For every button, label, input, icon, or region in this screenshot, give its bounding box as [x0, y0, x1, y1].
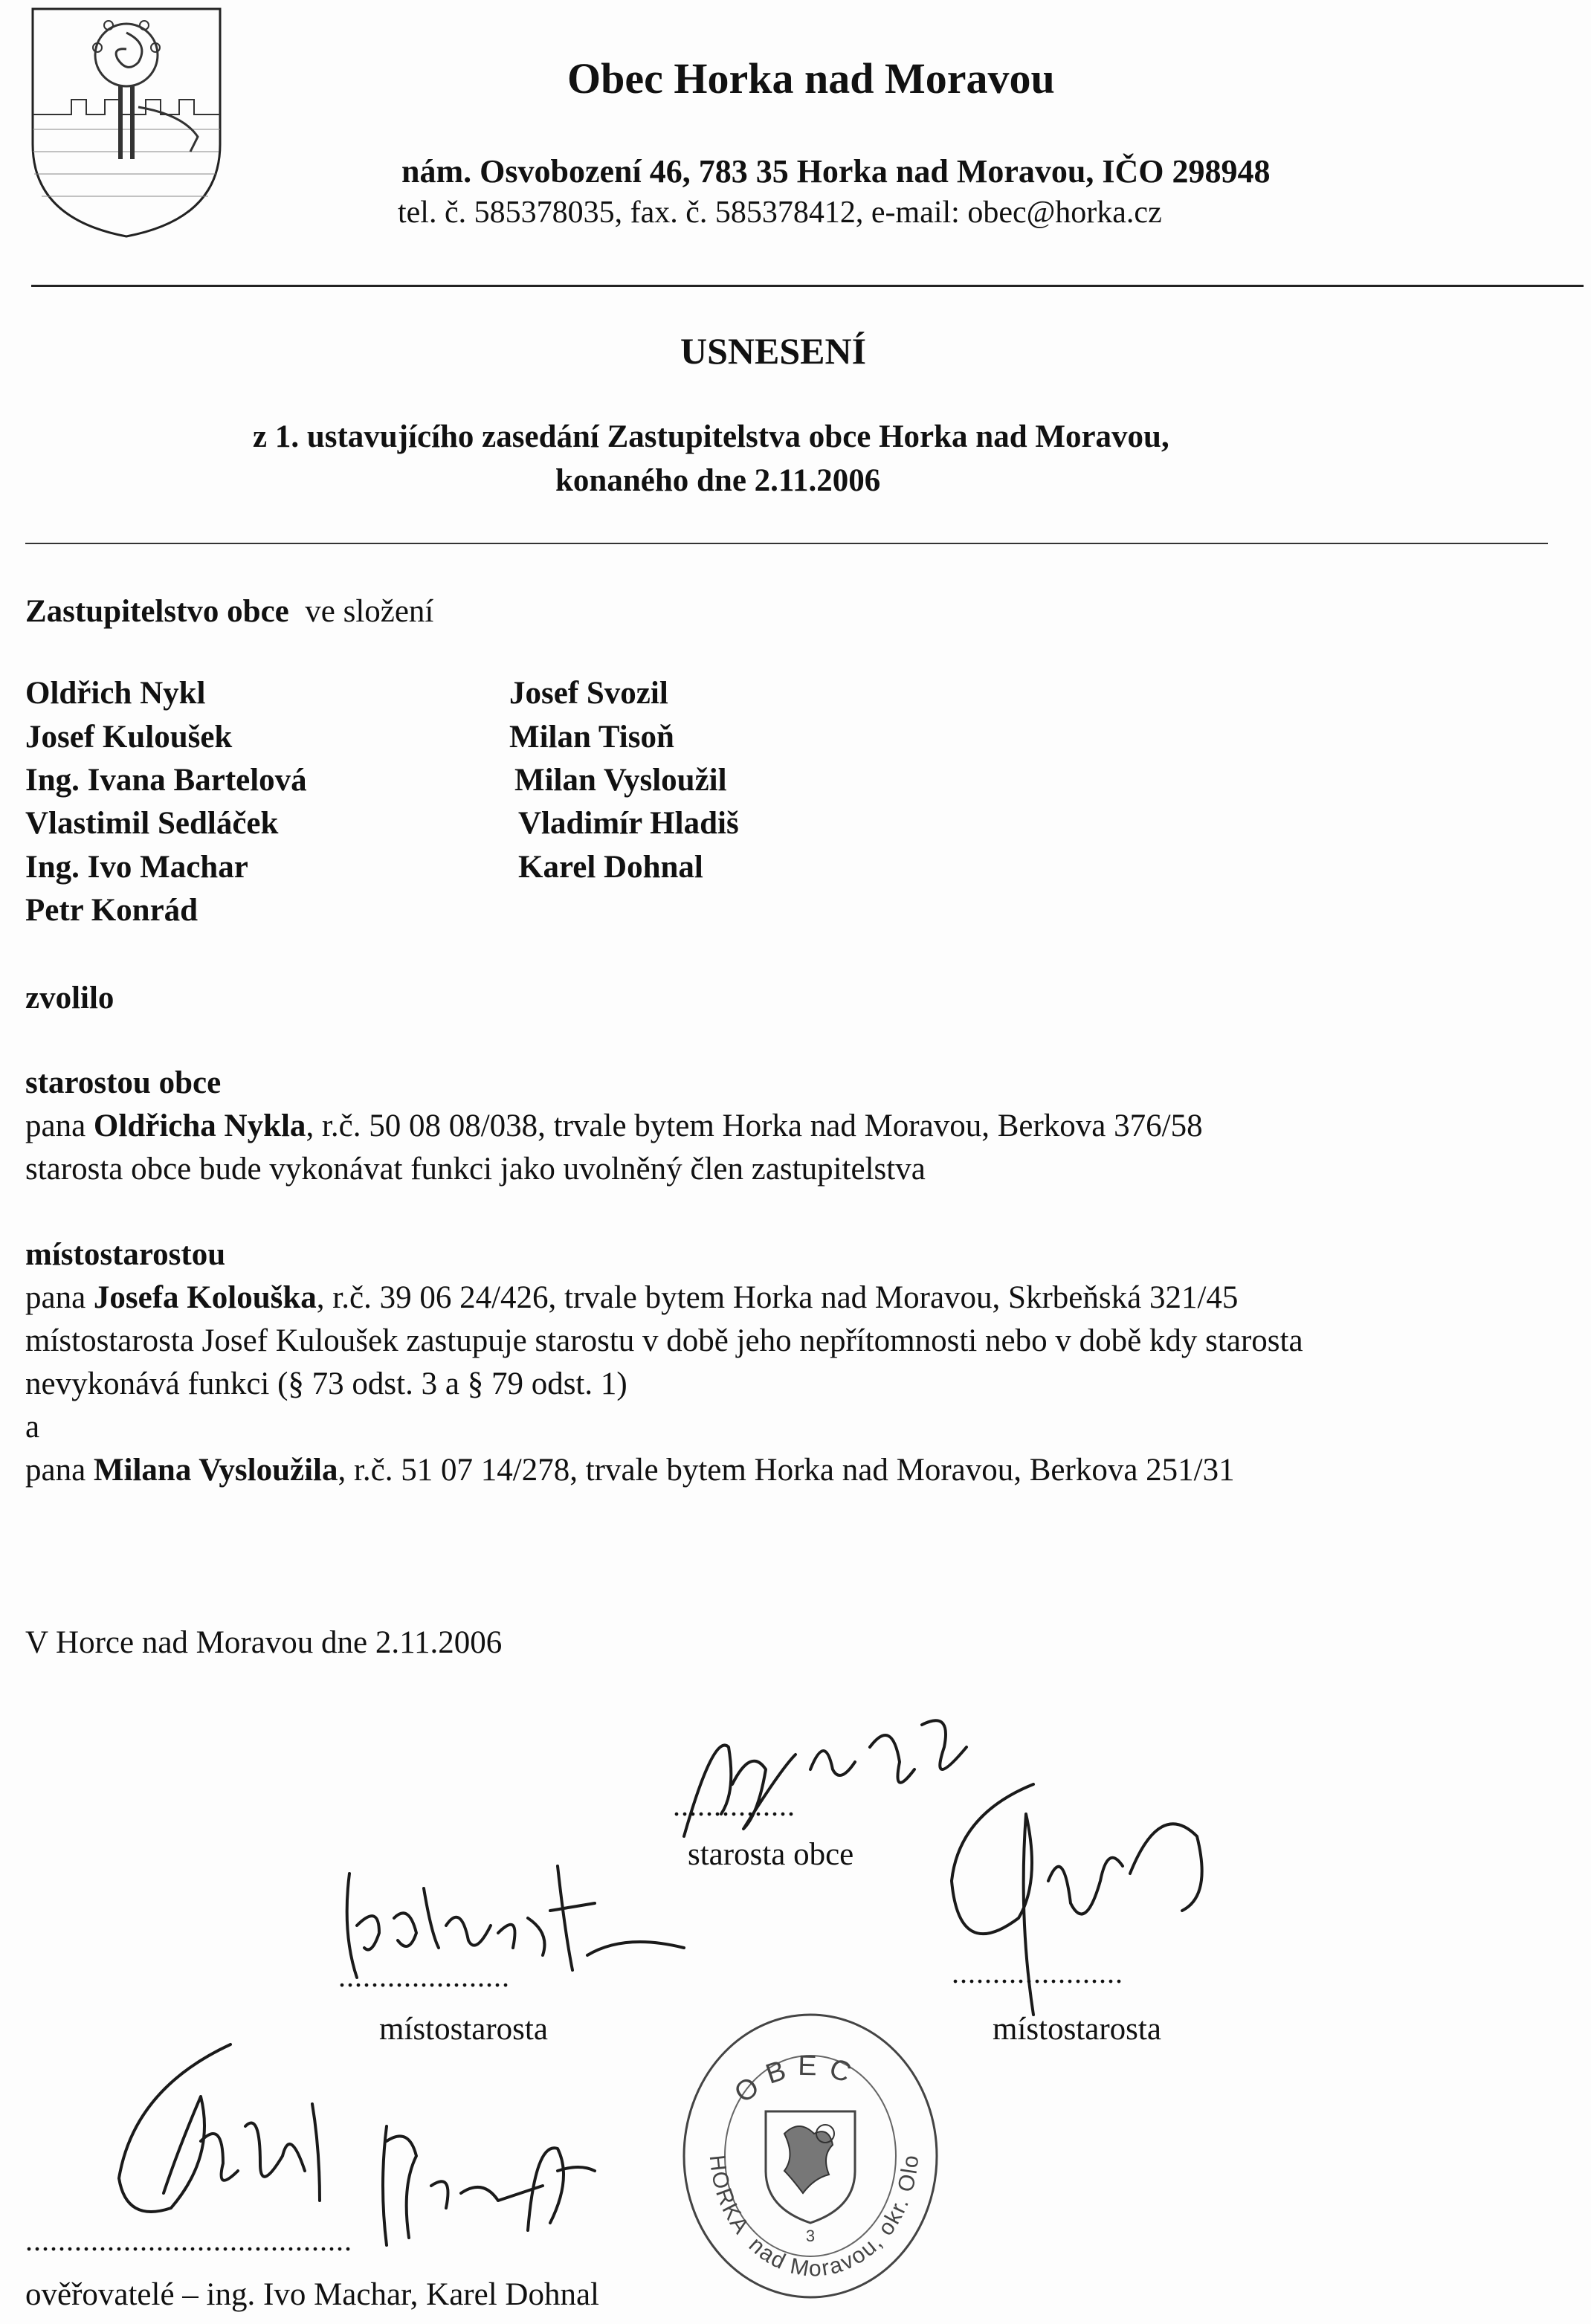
deputy-conjunction: a — [25, 1409, 39, 1445]
member-right-1: Josef Svozil — [509, 675, 668, 711]
document-subtitle-line2: konaného dne 2.11.2006 — [555, 462, 880, 499]
place-date: V Horce nad Moravou dne 2.11.2006 — [25, 1624, 502, 1661]
mayor-note: starosta obce bude vykonávat funkci jako… — [25, 1151, 926, 1187]
deputy-second-line: pana Milana Vysloužila, r.č. 51 07 14/27… — [25, 1452, 1235, 1488]
deputy-note-line2: nevykonává funkci (§ 73 odst. 3 a § 79 o… — [25, 1366, 627, 1402]
document-subtitle-line1: z 1. ustavujícího zasedání Zastupitelstv… — [253, 419, 1169, 455]
composition-label: Zastupitelstvo obce ve složení — [25, 593, 433, 630]
verifiers-label: ověřovatelé – ing. Ivo Machar, Karel Doh… — [25, 2276, 599, 2313]
svg-text:OBEC: OBEC — [729, 2050, 865, 2109]
deputy-second-details: , r.č. 51 07 14/278, trvale bytem Horka … — [338, 1453, 1234, 1488]
header-divider — [31, 285, 1584, 287]
document-title: USNESENÍ — [680, 329, 866, 372]
mayor-heading: starostou obce — [25, 1065, 221, 1101]
title-divider — [25, 543, 1548, 544]
deputy-first-prefix: pana — [25, 1280, 94, 1315]
deputy-first-line: pana Josefa Kolouška, r.č. 39 06 24/426,… — [25, 1279, 1238, 1316]
deputy-second-prefix: pana — [25, 1453, 94, 1488]
mayor-details: , r.č. 50 08 08/038, trvale bytem Horka … — [306, 1108, 1202, 1143]
deputy-heading: místostarostou — [25, 1236, 225, 1273]
coat-of-arms-icon — [27, 3, 226, 239]
deputy-first-details: , r.č. 39 06 24/426, trvale bytem Horka … — [317, 1280, 1239, 1315]
member-left-1: Oldřich Nykl — [25, 675, 206, 711]
mayor-name: Oldřicha Nykla — [94, 1108, 306, 1143]
member-left-2: Josef Kuloušek — [25, 719, 232, 755]
mayor-signature-line: ............... — [673, 1788, 795, 1823]
member-right-4: Vladimír Hladiš — [518, 805, 739, 842]
composition-label-bold: Zastupitelstvo obce — [25, 594, 289, 629]
municipality-name: Obec Horka nad Moravou — [567, 54, 1055, 103]
mayor-prefix: pana — [25, 1108, 94, 1143]
address-line: nám. Osvobození 46, 783 35 Horka nad Mor… — [401, 152, 1271, 190]
deputy-right-signature-label: místostarosta — [993, 2011, 1161, 2047]
member-left-6: Petr Konrád — [25, 892, 198, 929]
deputy-first-name: Josefa Kolouška — [94, 1280, 317, 1315]
deputy-right-signature-line: ..................... — [952, 1955, 1123, 1990]
stamp-top-text: OBEC — [729, 2050, 865, 2109]
deputy-left-signature-line: ..................... — [338, 1959, 510, 1994]
deputy-second-name: Milana Vysloužila — [94, 1453, 338, 1488]
member-right-3: Milan Vysloužil — [514, 762, 727, 798]
elected-label: zvolilo — [25, 980, 114, 1016]
official-stamp: OBEC HORKA nad Moravou, okr. Olomouc 3 — [673, 2007, 948, 2305]
member-left-4: Vlastimil Sedláček — [25, 805, 278, 842]
composition-label-rest: ve složení — [305, 594, 433, 629]
deputy-left-signature-label: místostarosta — [379, 2011, 548, 2047]
member-right-5: Karel Dohnal — [518, 849, 703, 885]
verifier-machar-signature — [89, 2030, 342, 2238]
stamp-shield-icon — [766, 2111, 855, 2223]
member-left-3: Ing. Ivana Bartelová — [25, 762, 307, 798]
stamp-number: 3 — [806, 2227, 815, 2245]
mayor-signature-label: starosta obce — [688, 1836, 853, 1873]
verifier-dohnal-signature — [357, 2111, 625, 2260]
member-left-5: Ing. Ivo Machar — [25, 849, 248, 885]
mayor-line: pana Oldřicha Nykla, r.č. 50 08 08/038, … — [25, 1108, 1203, 1144]
contact-line: tel. č. 585378035, fax. č. 585378412, e-… — [398, 195, 1162, 230]
stamp-left-text: HORKA — [705, 2154, 754, 2239]
deputy-note-line1: místostarosta Josef Kuloušek zastupuje s… — [25, 1323, 1303, 1359]
member-right-2: Milan Tisoň — [509, 719, 674, 755]
verifiers-signature-line: ........................................ — [25, 2223, 352, 2258]
